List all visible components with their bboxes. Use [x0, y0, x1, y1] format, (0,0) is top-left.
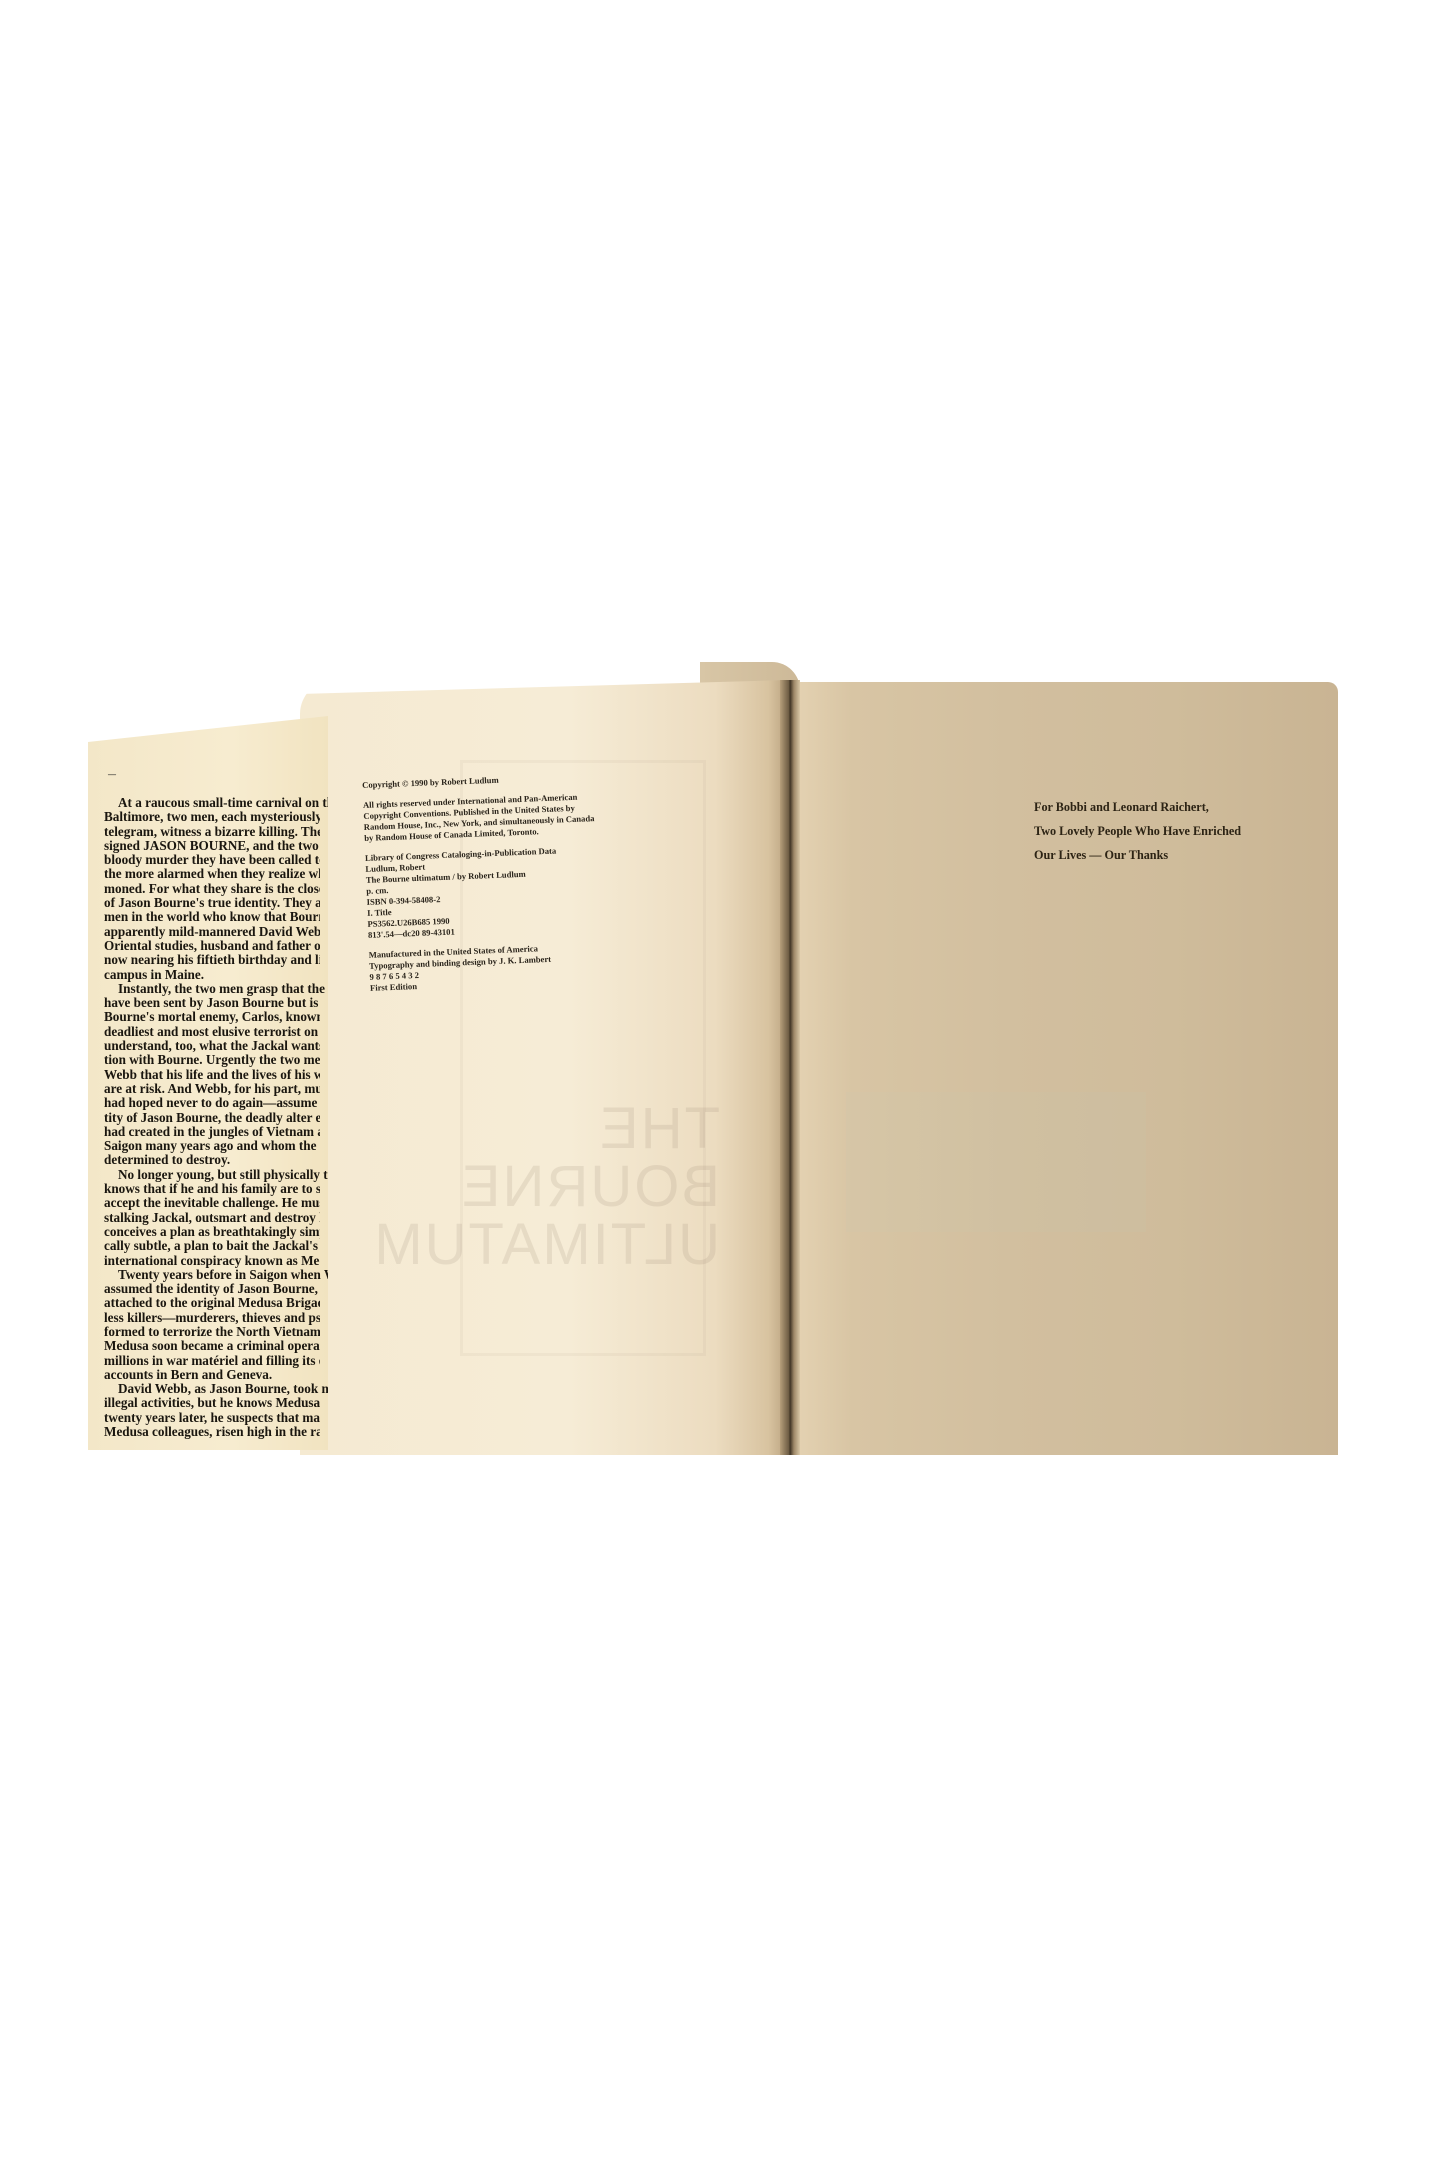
text-line: have been sent by Jason Bourne but is a — [104, 996, 320, 1010]
text-line: At a raucous small-time carnival on th — [104, 796, 334, 810]
text-line: Instantly, the two men grasp that the te… — [104, 982, 334, 996]
text-line: international conspiracy known as Medusa… — [104, 1254, 320, 1268]
copyright-notice: Copyright © 1990 by Robert Ludlum All ri… — [362, 765, 750, 1002]
text-line: less killers—murderers, thieves and psyc — [104, 1311, 320, 1325]
text-line: accept the inevitable challenge. He must… — [104, 1196, 320, 1210]
rights-block: All rights reserved under International … — [363, 785, 744, 844]
manufacturing-block: Manufactured in the United States of Ame… — [369, 935, 750, 994]
text-line: tity of Jason Bourne, the deadly alter e… — [104, 1111, 320, 1125]
text-line: had created in the jungles of Vietnam an… — [104, 1125, 320, 1139]
dedication-line: Our Lives — Our Thanks — [1034, 843, 1241, 867]
text-line: cally subtle, a plan to bait the Jackal'… — [104, 1239, 320, 1253]
text-line: campus in Maine. — [104, 968, 320, 982]
text-line: David Webb, as Jason Bourne, took no pa — [104, 1382, 334, 1396]
copyright-page: THE BOURNE ULTIMATUM Copyright © 1990 by… — [300, 680, 788, 1455]
text-line: had hoped never to do again—assume the i… — [104, 1096, 320, 1110]
text-line: Oriental studies, husband and father of … — [104, 939, 320, 953]
show-through-title-line: BOURNE — [470, 1158, 720, 1216]
text-line: stalking Jackal, outsmart and destroy hi… — [104, 1211, 320, 1225]
text-line: Webb that his life and the lives of his … — [104, 1068, 320, 1082]
dedication-line: For Bobbi and Leonard Raichert, — [1034, 795, 1241, 819]
dedication-text: For Bobbi and Leonard Raichert, Two Love… — [1034, 795, 1241, 867]
text-line: formed to terrorize the North Vietnamese… — [104, 1325, 320, 1339]
text-line: understand, too, what the Jackal wants: … — [104, 1039, 320, 1053]
dedication-page: For Bobbi and Leonard Raichert, Two Love… — [786, 682, 1338, 1455]
text-line: Medusa soon became a criminal operation — [104, 1339, 320, 1353]
text-line: twenty years later, he suspects that man… — [104, 1411, 320, 1425]
text-line: Twenty years before in Saigon when W — [104, 1268, 334, 1282]
text-line: Medusa colleagues, risen high in the ran… — [104, 1425, 320, 1439]
text-line: millions in war matériel and filling its… — [104, 1354, 320, 1368]
text-line: conceives a plan as breathtakingly simpl… — [104, 1225, 320, 1239]
text-line: moned. For what they share is the closel… — [104, 882, 320, 896]
text-line: accounts in Bern and Geneva. — [104, 1368, 320, 1382]
text-line: bloody murder they have been called to w — [104, 853, 320, 867]
text-line: men in the world who know that Bourne — [104, 910, 320, 924]
show-through-title-line: ULTIMATUM — [470, 1216, 720, 1274]
text-line: determined to destroy. — [104, 1153, 320, 1167]
text-line: assumed the identity of Jason Bourne, he — [104, 1282, 320, 1296]
text-line: Baltimore, two men, each mysteriously s — [104, 810, 320, 824]
dedication-line: Two Lovely People Who Have Enriched — [1034, 819, 1241, 843]
text-line: now nearing his fiftieth birthday and li… — [104, 953, 320, 967]
text-line: signed JASON BOURNE, and the two men, — [104, 839, 320, 853]
text-line: knows that if he and his family are to s… — [104, 1182, 320, 1196]
text-line: are at risk. And Webb, for his part, mus… — [104, 1082, 320, 1096]
flap-copy-page: — At a raucous small-time carnival on th… — [88, 716, 328, 1450]
text-line: tion with Bourne. Urgently the two men a… — [104, 1053, 320, 1067]
show-through-area — [846, 1092, 1146, 1232]
show-through-title-line: THE — [470, 1100, 720, 1158]
open-book-photo: THE BOURNE ULTIMATUM Copyright © 1990 by… — [0, 0, 1445, 2168]
text-line: Bourne's mortal enemy, Carlos, known as … — [104, 1010, 320, 1024]
text-line: deadliest and most elusive terrorist on … — [104, 1025, 320, 1039]
text-line: apparently mild-mannered David Webb, — [104, 925, 320, 939]
text-line: attached to the original Medusa Brigade,… — [104, 1296, 320, 1310]
text-line: telegram, witness a bizarre killing. The — [104, 825, 320, 839]
page-folio: — — [108, 770, 117, 779]
text-line: illegal activities, but he knows Medusa … — [104, 1396, 320, 1410]
book-gutter — [780, 680, 800, 1455]
text-line: of Jason Bourne's true identity. They ar… — [104, 896, 320, 910]
text-line: No longer young, but still physically t — [104, 1168, 334, 1182]
text-line: Saigon many years ago and whom the age — [104, 1139, 320, 1153]
cip-data-block: Library of Congress Cataloging-in-Public… — [365, 838, 748, 941]
text-line: the more alarmed when they realize why t… — [104, 867, 320, 881]
show-through-title: THE BOURNE ULTIMATUM — [470, 1100, 720, 1274]
